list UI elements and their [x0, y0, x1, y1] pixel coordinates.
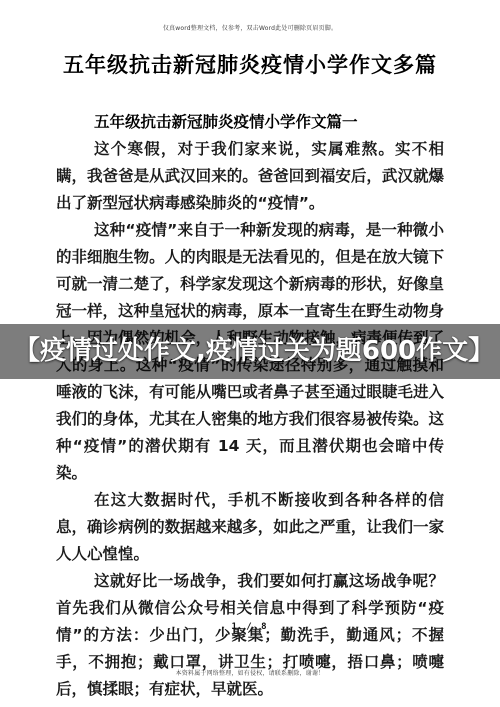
overlay-title-banner: 【疫情过处作文,疫情过关为题600作文】 — [0, 324, 500, 379]
document-title: 五年级抗击新冠肺炎疫情小学作文多篇 — [0, 49, 500, 79]
section-heading: 五年级抗击新冠肺炎疫情小学作文篇一 — [56, 109, 444, 136]
footer-disclaimer-note: 本资料属于网络整理，如有侵权，请联系删除，谢谢！ — [0, 668, 500, 677]
overlay-title-text: 【疫情过处作文,疫情过关为题600作文】 — [0, 338, 500, 365]
document-page: 仅真word整理文档，仅参考，双击Word此处可删除页眉页脚。 五年级抗击新冠肺… — [0, 0, 500, 707]
body-paragraph-1: 这个寒假，对于我们家来说，实属难熬。实不相瞒，我爸爸是从武汉回来的。爸爸回到福安… — [56, 136, 444, 217]
document-body: 五年级抗击新冠肺炎疫情小学作文篇一 这个寒假，对于我们家来说，实属难熬。实不相瞒… — [56, 109, 444, 703]
page-number-indicator: 1 / 8 — [0, 622, 500, 632]
body-paragraph-4: 这就好比一场战争，我们要如何打赢这场战争呢？首先我们从微信公众号相关信息中得到了… — [56, 568, 444, 703]
top-watermark-note: 仅真word整理文档，仅参考，双击Word此处可删除页眉页脚。 — [0, 23, 500, 32]
body-paragraph-3: 在这大数据时代，手机不断接收到各种各样的信息，确诊病例的数据越来越多，如此之严重… — [56, 487, 444, 568]
